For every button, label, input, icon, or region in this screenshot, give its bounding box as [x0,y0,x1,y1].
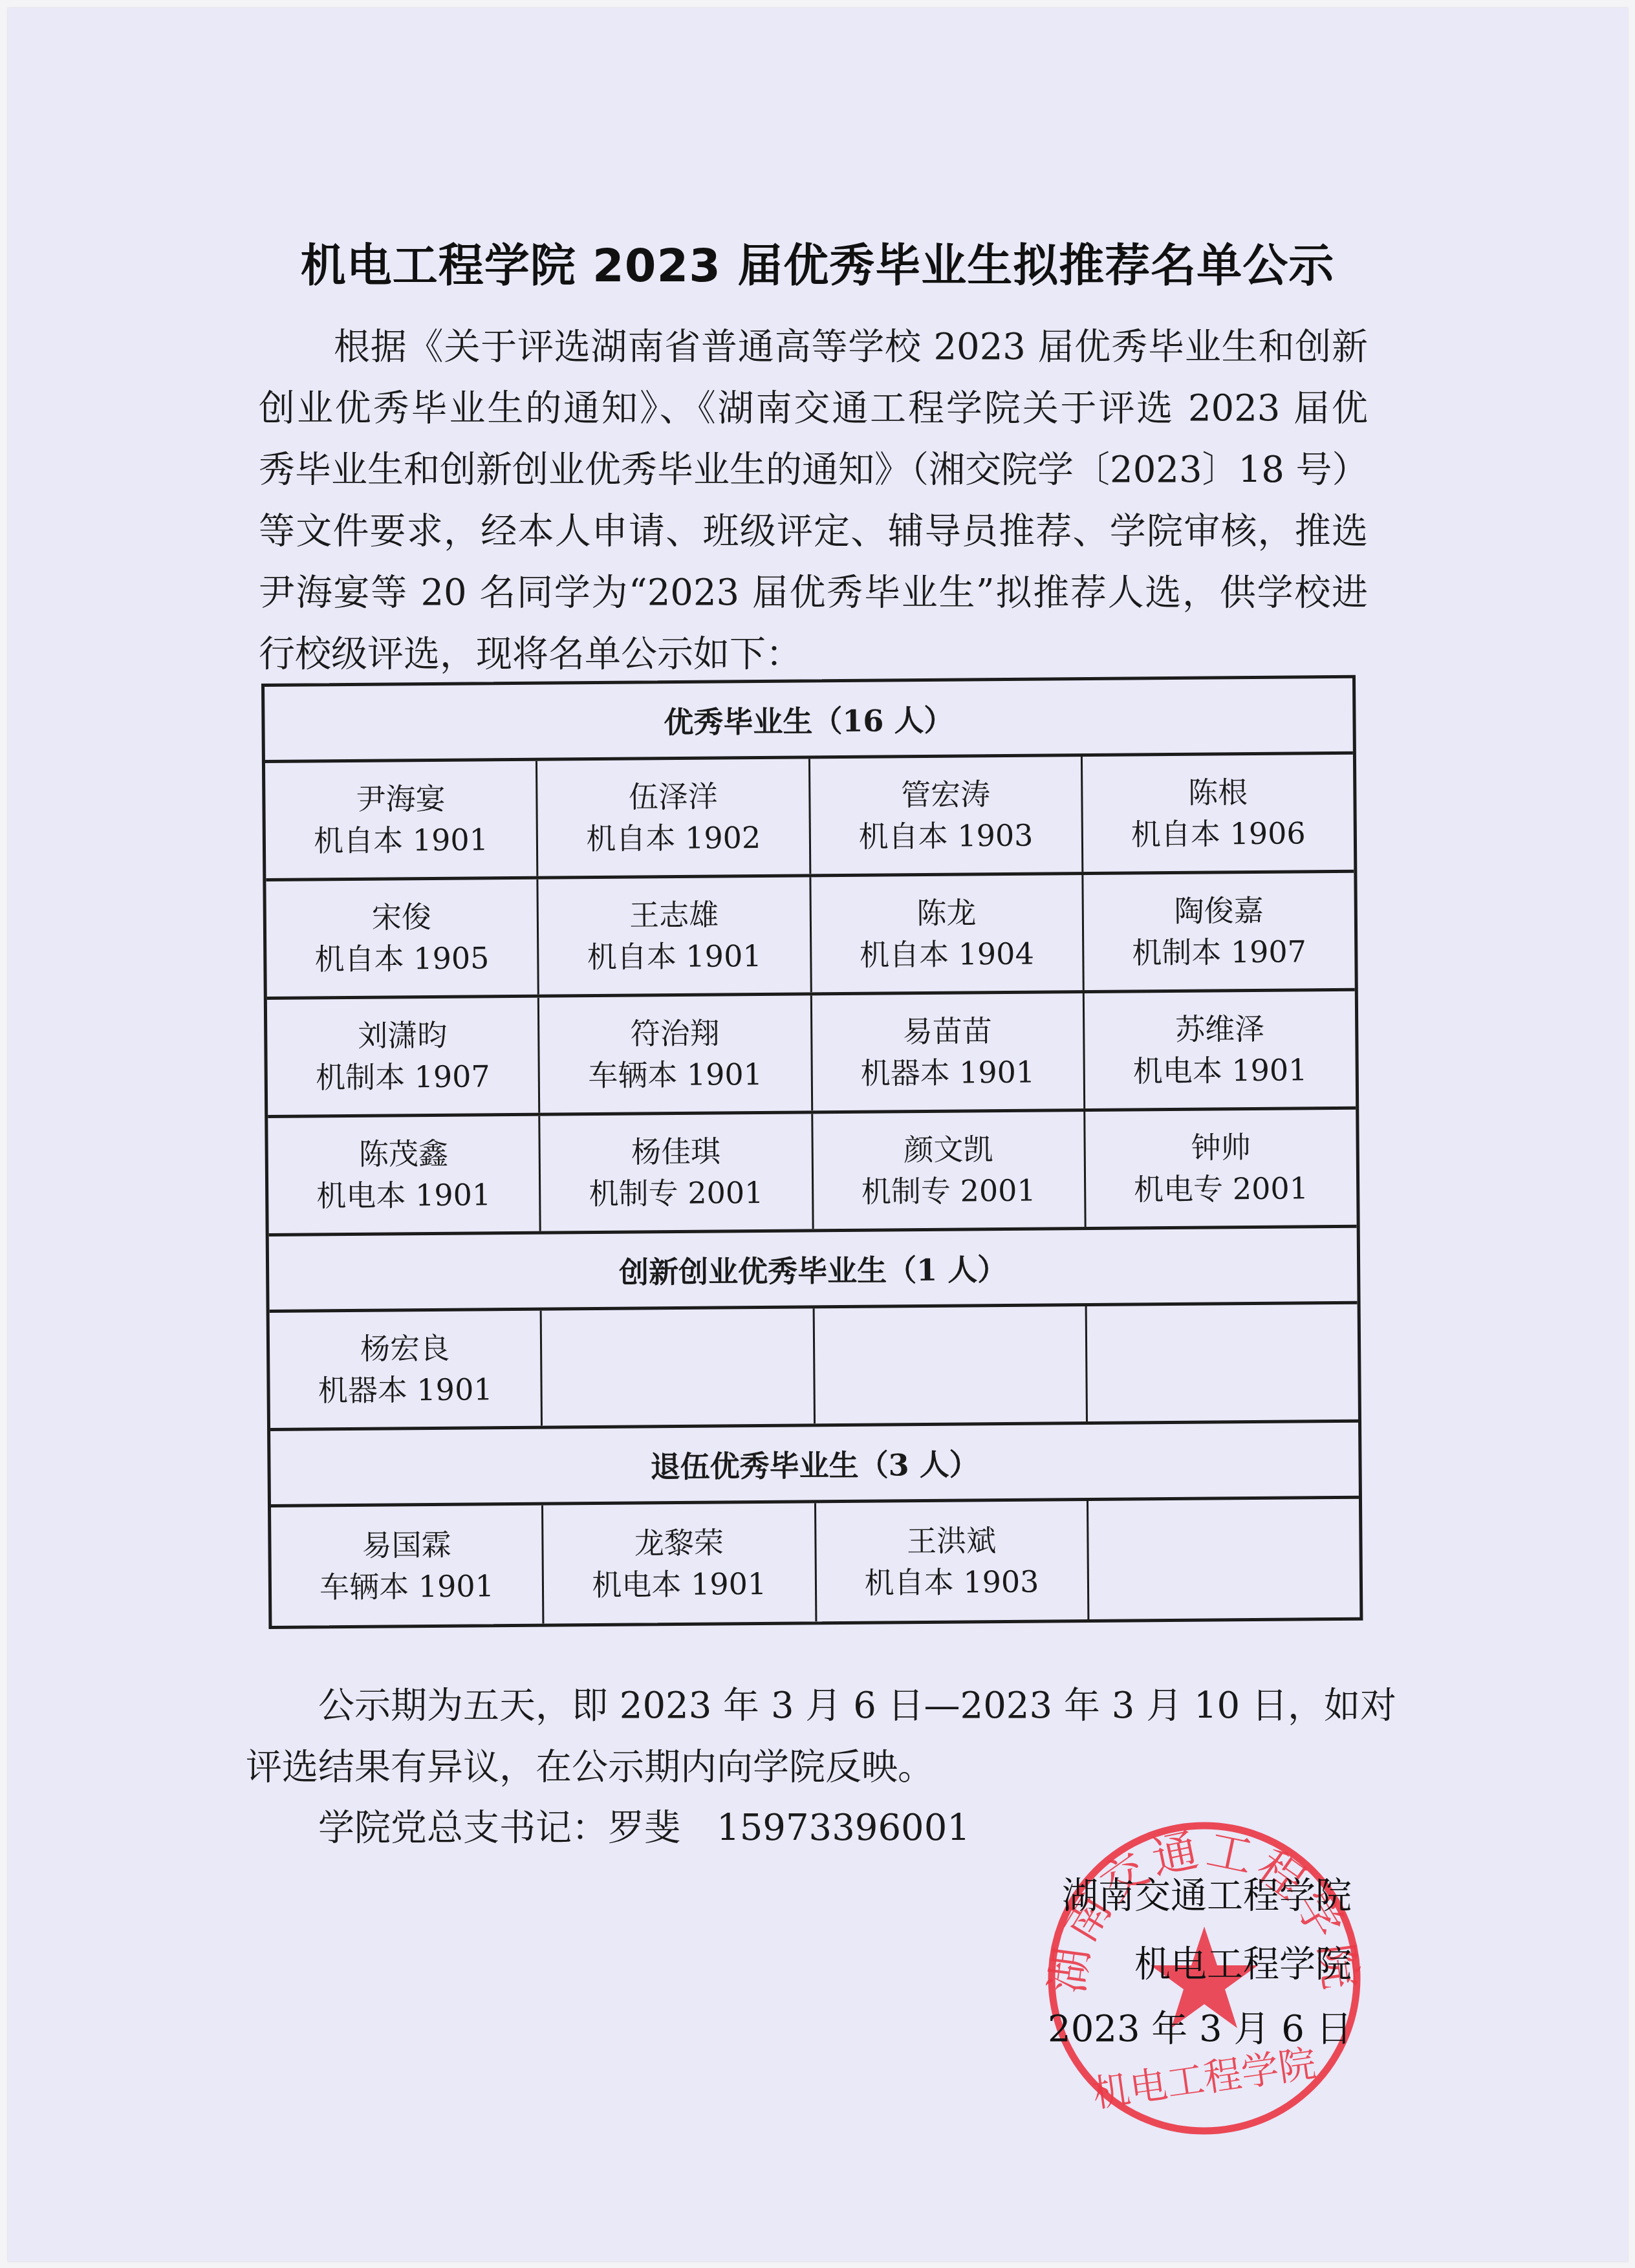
student-class: 机电本 1901 [316,1174,491,1216]
intro-line-3: 秀毕业生和创新创业优秀毕业生的通知》（湘交院学〔2023〕18 号） [259,449,1368,491]
student-name: 易国霖 [362,1524,451,1566]
student-class: 机自本 1901 [314,819,488,861]
student-cell: 王洪斌机自本 1903 [816,1501,1089,1621]
contact-line: 学院党总支书记：罗斐 15973396001 [318,1808,970,1849]
student-cell: 符治翔车辆本 1901 [539,995,813,1112]
student-name: 刘潇昀 [358,1015,447,1057]
student-cell: 陶俊嘉机制本 1907 [1083,873,1355,990]
intro-line-2: 创业优秀毕业生的通知》、《湖南交通工程学院关于评选 2023 届优 [259,388,1368,429]
student-name: 杨宏良 [360,1328,449,1370]
recommendation-table: 优秀毕业生（16 人） 尹海宴机自本 1901 伍泽洋机自本 1902 管宏涛机… [261,675,1363,1629]
student-name: 龙黎荣 [634,1522,724,1564]
student-class: 机自本 1906 [1131,812,1306,855]
student-name: 符治翔 [630,1012,719,1054]
student-cell: 陈根机自本 1906 [1083,755,1354,872]
student-cell: 王志雄机自本 1901 [539,877,812,994]
student-name: 伍泽洋 [629,775,718,817]
student-cell: 刘潇昀机制本 1907 [267,998,541,1115]
signature-dept: 机电工程学院 [1048,1945,1352,1984]
student-cell: 宋俊机自本 1905 [266,880,539,997]
signature-org: 湖南交通工程学院 [1048,1877,1352,1916]
student-name: 陈龙 [916,892,976,934]
student-cell: 易苗苗机器本 1901 [812,993,1085,1110]
student-class: 车辆本 1901 [319,1565,494,1608]
student-class: 机电专 2001 [1134,1167,1308,1210]
table-row: 易国霖车辆本 1901 龙黎荣机电本 1901 王洪斌机自本 1903 [271,1499,1359,1626]
document-title: 机电工程学院 2023 届优秀毕业生拟推荐名单公示 [0,230,1635,295]
section-header-outstanding: 优秀毕业生（16 人） [265,678,1353,763]
empty-cell [1088,1499,1360,1619]
student-name: 易苗苗 [903,1010,992,1052]
student-class: 机自本 1905 [314,937,489,980]
student-name: 陈茂鑫 [359,1133,448,1175]
student-name: 管宏涛 [901,773,990,815]
student-cell: 陈茂鑫机电本 1901 [268,1116,541,1233]
intro-line-1: 根据《关于评选湖南省普通高等学校 2023 届优秀毕业生和创新 [334,327,1368,368]
student-name: 宋俊 [372,896,431,938]
student-cell: 尹海宴机自本 1901 [265,761,539,878]
signature-date: 2023 年 3 月 6 日 [1048,2010,1345,2049]
student-class: 车辆本 1901 [588,1053,763,1096]
student-class: 机自本 1904 [860,933,1034,976]
empty-cell [814,1306,1088,1423]
student-name: 杨佳琪 [631,1130,720,1172]
section-header-veteran: 退伍优秀毕业生（3 人） [270,1423,1359,1507]
student-class: 机自本 1903 [864,1561,1039,1603]
student-class: 机自本 1901 [587,935,762,978]
student-class: 机制专 2001 [861,1170,1036,1213]
student-name: 苏维泽 [1175,1008,1264,1050]
student-cell: 钟帅机电专 2001 [1085,1110,1357,1227]
student-class: 机电本 1901 [592,1562,766,1605]
student-cell: 龙黎荣机电本 1901 [543,1503,817,1623]
notice-line-1: 公示期为五天，即 2023 年 3 月 6 日—2023 年 3 月 10 日，… [318,1685,1353,1727]
empty-cell [1087,1304,1358,1421]
intro-line-5: 尹海宴等 20 名同学为“2023 届优秀毕业生”拟推荐人选，供学校进 [259,572,1368,614]
student-class: 机器本 1901 [860,1052,1035,1094]
table-row: 陈茂鑫机电本 1901 杨佳琪机制专 2001 颜文凯机制专 2001 钟帅机电… [268,1110,1356,1237]
table-row: 杨宏良机器本 1901 [270,1304,1358,1431]
student-cell: 杨宏良机器本 1901 [270,1311,543,1428]
student-class: 机器本 1901 [318,1368,493,1411]
intro-line-4: 等文件要求，经本人申请、班级评定、辅导员推荐、学院审核，推选 [259,511,1368,552]
student-cell: 伍泽洋机自本 1902 [537,759,811,876]
student-cell: 易国霖车辆本 1901 [271,1506,545,1626]
student-class: 机电本 1901 [1133,1049,1308,1092]
student-name: 陈根 [1188,772,1248,814]
table-row: 刘潇昀机制本 1907 符治翔车辆本 1901 易苗苗机器本 1901 苏维泽机… [267,991,1356,1118]
student-cell: 苏维泽机电本 1901 [1085,991,1356,1108]
empty-cell [542,1308,816,1425]
student-cell: 管宏涛机自本 1903 [810,757,1083,874]
student-class: 机制专 2001 [589,1172,763,1215]
student-class: 机制本 1907 [316,1055,490,1098]
student-class: 机自本 1903 [858,815,1033,858]
student-class: 机制本 1907 [1132,931,1306,973]
student-name: 颜文凯 [904,1129,993,1171]
section-header-innovation: 创新创业优秀毕业生（1 人） [269,1228,1358,1313]
student-class: 机自本 1902 [586,817,761,859]
student-cell: 陈龙机自本 1904 [811,875,1085,992]
student-name: 钟帅 [1191,1127,1250,1169]
student-name: 王志雄 [629,894,719,936]
student-name: 王洪斌 [907,1520,996,1562]
student-cell: 颜文凯机制专 2001 [813,1112,1087,1229]
table-row: 宋俊机自本 1905 王志雄机自本 1901 陈龙机自本 1904 陶俊嘉机制本… [266,873,1354,1000]
student-name: 陶俊嘉 [1174,890,1263,932]
student-name: 尹海宴 [356,778,445,820]
table-row: 尹海宴机自本 1901 伍泽洋机自本 1902 管宏涛机自本 1903 陈根机自… [265,755,1354,881]
student-cell: 杨佳琪机制专 2001 [541,1114,814,1231]
intro-line-6: 行校级评选，现将名单公示如下： [259,634,1368,675]
notice-line-2: 评选结果有异议，在公示期内向学院反映。 [246,1747,934,1788]
